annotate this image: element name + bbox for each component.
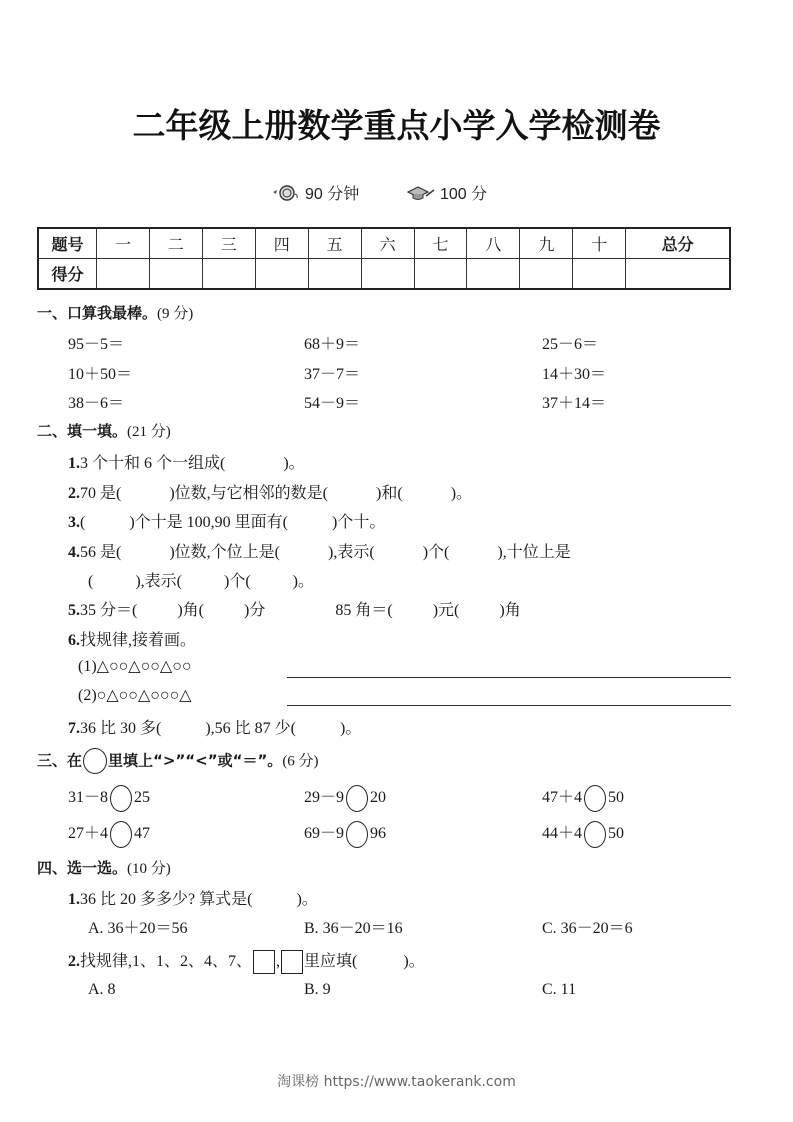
circle-icon [83, 748, 107, 774]
question-text: )位数,个位上是( [169, 544, 280, 561]
calc-item: 14＋30＝ [542, 361, 606, 384]
score-cell[interactable] [149, 259, 202, 290]
compare-item: 27＋447 [68, 820, 150, 848]
question-number: 2. [68, 485, 80, 502]
footer-watermark: 淘课榜 https://www.taokerank.com [0, 1071, 793, 1091]
section-2-points: (21 分) [127, 424, 171, 440]
compare-item: 29－920 [304, 784, 386, 812]
question-text: )。 [293, 573, 314, 590]
section-4-title: 四、选一选。 [37, 859, 127, 877]
score-cell[interactable] [202, 259, 255, 290]
question-text: ),十位上是 [497, 544, 570, 561]
fill-question-5: 5.35 分＝()角()分85 角＝()元()角 [68, 597, 521, 620]
fill-question-7: 7.36 比 30 多(),56 比 87 少()。 [68, 715, 361, 738]
score-cell[interactable] [626, 259, 730, 290]
question-text: )分 [244, 602, 265, 619]
question-text: ),表示( [135, 573, 182, 590]
score-table-score-row: 得分 [38, 259, 730, 290]
calc-item: 10＋50＝ [68, 361, 132, 384]
fill-question-6: 6.找规律,接着画。 [68, 627, 196, 650]
section-4-heading: 四、选一选。(10 分) [37, 857, 171, 878]
pattern-2: (2)○△○○△○○○△ [78, 685, 192, 705]
compare-answer-circle[interactable] [584, 821, 606, 848]
compare-answer-circle[interactable] [110, 821, 132, 848]
blank-box[interactable] [281, 950, 303, 974]
compare-right: 96 [370, 825, 386, 842]
section-4-points: (10 分) [127, 861, 171, 877]
calc-item: 95－5＝ [68, 331, 124, 354]
pattern-1: (1)△○○△○○△○○ [78, 656, 192, 676]
col-5: 五 [308, 228, 361, 259]
exam-score: 100 分 [406, 181, 487, 204]
question-text: 35 分＝( [80, 602, 137, 619]
compare-left: 47＋4 [542, 789, 582, 806]
question-number: 3. [68, 514, 80, 531]
question-text: ),56 比 87 少( [205, 720, 296, 737]
row-label-score: 得分 [38, 259, 97, 290]
question-text: , [276, 953, 280, 970]
score-cell[interactable] [361, 259, 414, 290]
compare-answer-circle[interactable] [584, 785, 606, 812]
score-cell[interactable] [308, 259, 361, 290]
question-text: 70 是( [80, 485, 121, 502]
col-2: 二 [149, 228, 202, 259]
fill-question-1: 1.3 个十和 6 个一组成()。 [68, 450, 305, 473]
calc-item: 37－7＝ [304, 361, 360, 384]
compare-item: 47＋450 [542, 784, 624, 812]
section-3-points: (6 分) [282, 754, 318, 770]
compare-answer-circle[interactable] [110, 785, 132, 812]
question-text: )角( [177, 602, 204, 619]
col-1: 一 [97, 228, 150, 259]
question-text: 3 个十和 6 个一组成( [80, 455, 225, 472]
col-8: 八 [467, 228, 520, 259]
exam-score-text: 100 分 [440, 181, 487, 204]
compare-right: 25 [134, 789, 150, 806]
compare-left: 69－9 [304, 825, 344, 842]
clock-icon [271, 184, 301, 202]
question-text: )。 [296, 891, 317, 908]
question-text: )角 [499, 602, 520, 619]
question-text: )。 [451, 485, 472, 502]
section-3-title: 三、在 [37, 752, 82, 770]
page-title: 二年级上册数学重点小学入学检测卷 [0, 100, 793, 147]
blank-box[interactable] [253, 950, 275, 974]
choice-option-c[interactable]: C. 36－20＝6 [542, 915, 633, 938]
question-text: 85 角＝( [335, 602, 392, 619]
question-text: 里应填( [304, 953, 357, 970]
compare-left: 44＋4 [542, 825, 582, 842]
compare-left: 31－8 [68, 789, 108, 806]
score-cell[interactable] [414, 259, 467, 290]
compare-item: 44＋450 [542, 820, 624, 848]
compare-item: 31－825 [68, 784, 150, 812]
compare-answer-circle[interactable] [346, 785, 368, 812]
section-3-title-cont: 里填上“>”“<”或“＝”。 [108, 752, 282, 770]
compare-right: 20 [370, 789, 386, 806]
col-total: 总分 [626, 228, 730, 259]
col-9: 九 [520, 228, 573, 259]
question-text: )。 [340, 720, 361, 737]
calc-item: 38－6＝ [68, 390, 124, 413]
section-1-heading: 一、口算我最棒。(9 分) [37, 302, 193, 323]
compare-answer-circle[interactable] [346, 821, 368, 848]
compare-right: 47 [134, 825, 150, 842]
section-1-points: (9 分) [157, 306, 193, 322]
fill-question-2: 2.70 是()位数,与它相邻的数是()和()。 [68, 480, 472, 503]
score-cell[interactable] [573, 259, 626, 290]
score-cell[interactable] [520, 259, 573, 290]
col-10: 十 [573, 228, 626, 259]
section-3-heading: 三、在里填上“>”“<”或“＝”。(6 分) [37, 748, 319, 774]
question-number: 7. [68, 720, 80, 737]
compare-left: 27＋4 [68, 825, 108, 842]
question-text: 36 比 30 多( [80, 720, 161, 737]
fill-question-3: 3.()个十是 100,90 里面有()个十。 [68, 509, 385, 532]
col-7: 七 [414, 228, 467, 259]
question-text: 56 是( [80, 544, 121, 561]
compare-item: 69－996 [304, 820, 386, 848]
calc-item: 37＋14＝ [542, 390, 606, 413]
question-text: )个十。 [332, 514, 385, 531]
score-cell[interactable] [467, 259, 520, 290]
compare-left: 29－9 [304, 789, 344, 806]
graduation-cap-icon [406, 184, 436, 202]
fill-question-4: 4.56 是()位数,个位上是(),表示()个(),十位上是 [68, 539, 571, 562]
choice-option-a[interactable]: A. 36＋20＝56 [88, 915, 188, 938]
choice-option-b[interactable]: B. 9 [304, 981, 331, 999]
question-text: 找规律,接着画。 [80, 632, 196, 649]
question-text: )位数,与它相邻的数是( [169, 485, 328, 502]
pattern-1-answer-line[interactable] [287, 677, 731, 678]
exam-time-text: 90 分钟 [305, 181, 359, 204]
col-6: 六 [361, 228, 414, 259]
section-2-heading: 二、填一填。(21 分) [37, 420, 171, 441]
exam-time: 90 分钟 [271, 181, 359, 204]
choice-option-c[interactable]: C. 11 [542, 981, 576, 999]
question-text: )个十是 100,90 里面有( [129, 514, 288, 531]
question-text: )。 [403, 953, 424, 970]
question-text: )个( [224, 573, 251, 590]
question-text: ( [80, 514, 85, 531]
question-text: )个( [423, 544, 450, 561]
calc-item: 25－6＝ [542, 331, 598, 354]
choice-option-a[interactable]: A. 8 [88, 981, 116, 999]
question-text: )。 [283, 455, 304, 472]
question-text: ( [88, 573, 93, 590]
row-label-question: 题号 [38, 228, 97, 259]
choice-question-1: 1.36 比 20 多多少? 算式是()。 [68, 886, 318, 909]
section-2-title: 二、填一填。 [37, 422, 127, 440]
question-text: ),表示( [328, 544, 375, 561]
question-number: 5. [68, 602, 80, 619]
question-number: 1. [68, 891, 80, 908]
question-text: 找规律,1、1、2、4、7、 [80, 953, 252, 970]
compare-right: 50 [608, 789, 624, 806]
choice-option-b[interactable]: B. 36－20＝16 [304, 915, 403, 938]
question-text: )元( [433, 602, 460, 619]
pattern-2-answer-line[interactable] [287, 705, 731, 706]
score-table: 题号 一 二 三 四 五 六 七 八 九 十 总分 得分 [37, 227, 731, 290]
score-cell[interactable] [255, 259, 308, 290]
question-text: )和( [376, 485, 403, 502]
col-3: 三 [202, 228, 255, 259]
compare-right: 50 [608, 825, 624, 842]
score-cell[interactable] [97, 259, 150, 290]
choice-question-2: 2.找规律,1、1、2、4、7、,里应填()。 [68, 948, 425, 974]
question-text: 36 比 20 多多少? 算式是( [80, 891, 252, 908]
question-number: 6. [68, 632, 80, 649]
score-table-header-row: 题号 一 二 三 四 五 六 七 八 九 十 总分 [38, 228, 730, 259]
fill-question-4-cont: (),表示()个()。 [88, 568, 314, 591]
question-number: 2. [68, 953, 80, 970]
question-number: 4. [68, 544, 80, 561]
calc-item: 68＋9＝ [304, 331, 360, 354]
question-number: 1. [68, 455, 80, 472]
col-4: 四 [255, 228, 308, 259]
calc-item: 54－9＝ [304, 390, 360, 413]
section-1-title: 一、口算我最棒。 [37, 304, 157, 322]
